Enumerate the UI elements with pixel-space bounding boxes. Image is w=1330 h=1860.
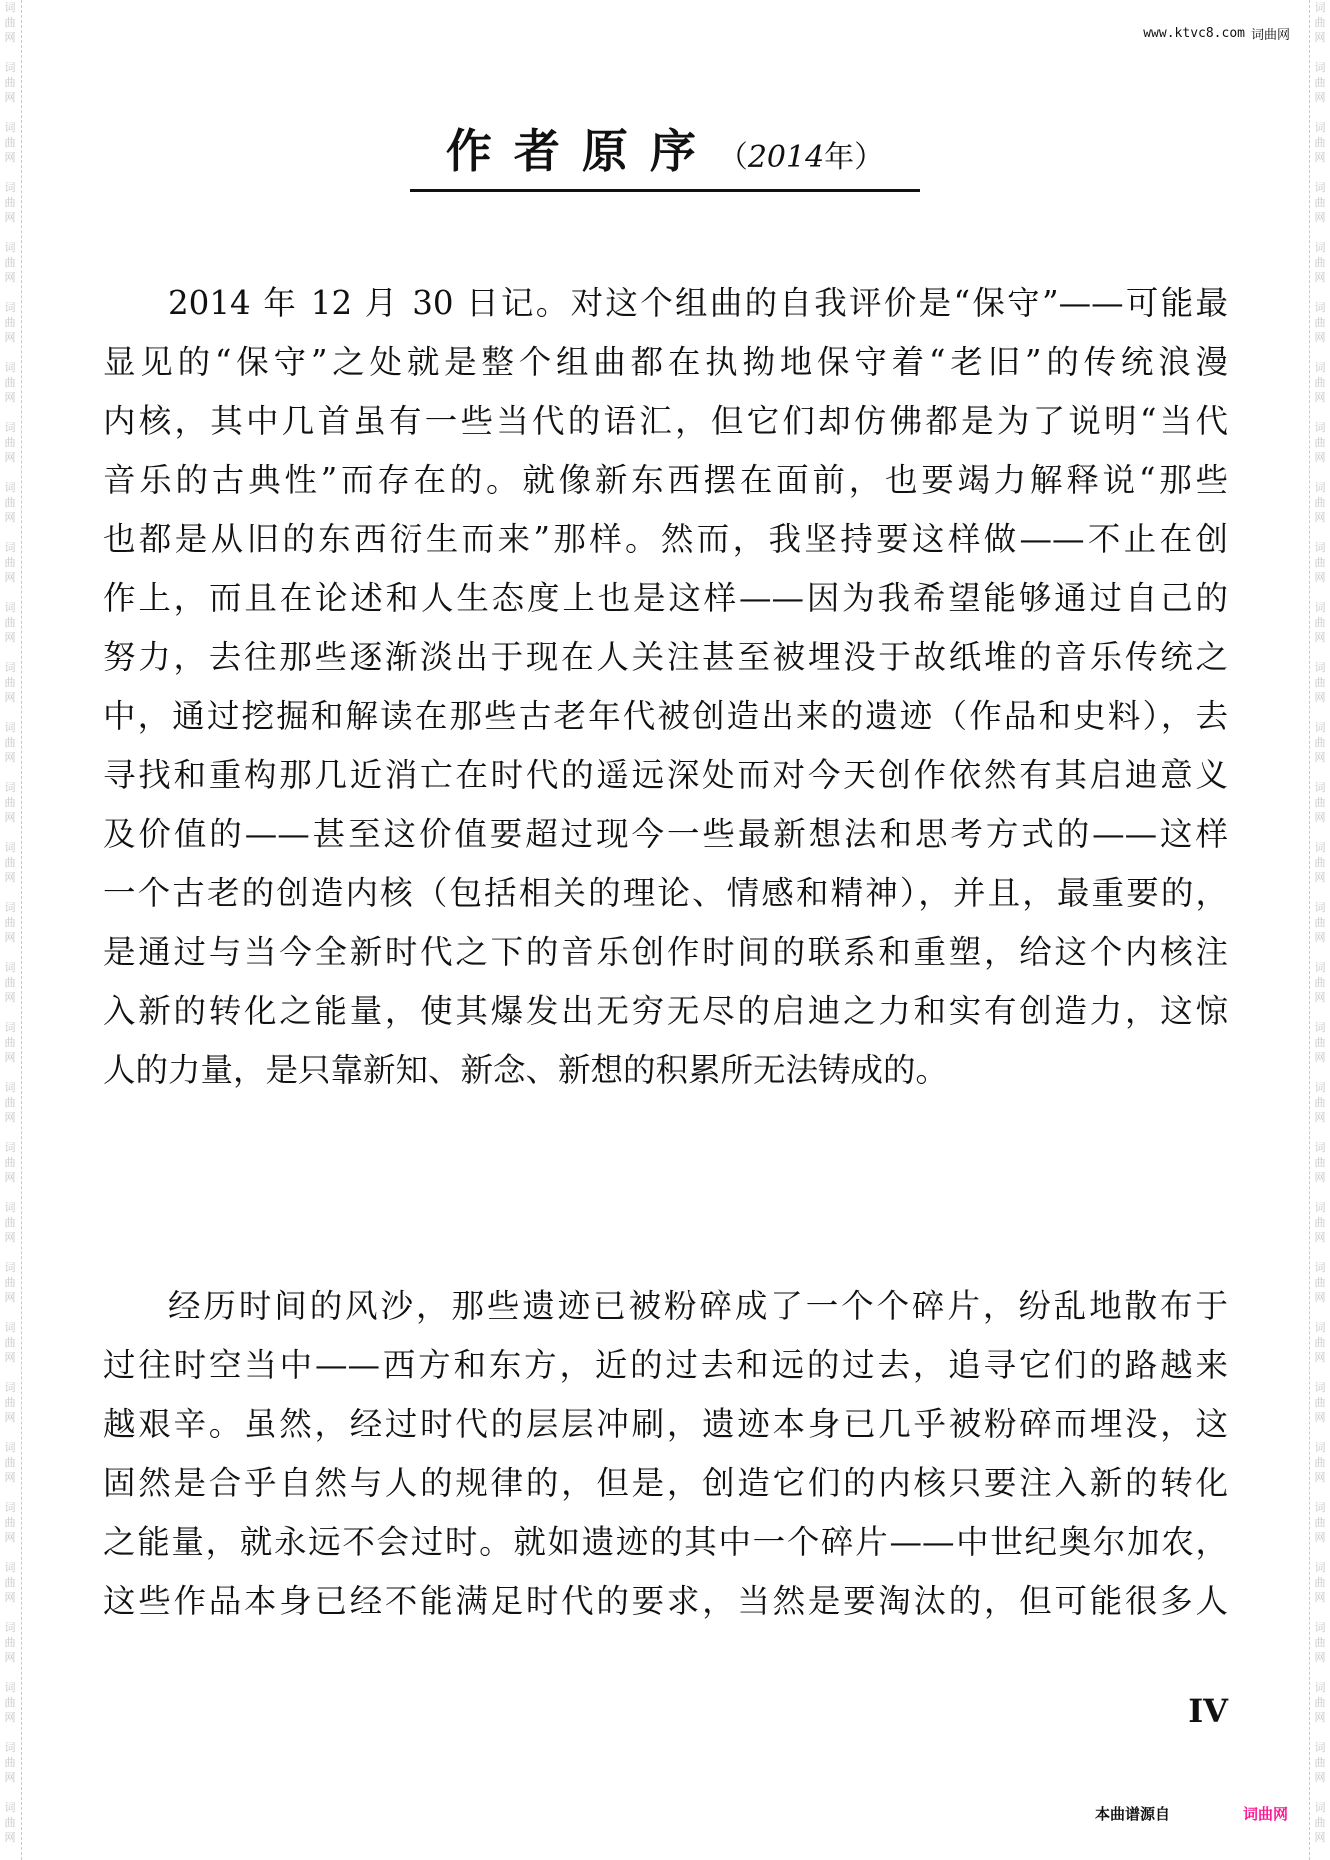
watermark-char: 网 — [1315, 90, 1326, 105]
watermark-group: 词曲网 — [1315, 420, 1326, 480]
watermark-char: 词 — [5, 960, 16, 975]
title-year-number: 2014 — [748, 140, 824, 175]
watermark-group: 词曲网 — [5, 540, 16, 600]
watermark-char: 词 — [1315, 840, 1326, 855]
watermark-group: 词曲网 — [1315, 0, 1326, 60]
watermark-group: 词曲网 — [1315, 720, 1326, 780]
watermark-char: 词 — [1315, 600, 1326, 615]
watermark-char: 词 — [1315, 1200, 1326, 1215]
watermark-char: 词 — [5, 1620, 16, 1635]
watermark-group: 词曲网 — [1315, 1260, 1326, 1320]
watermark-group: 词曲网 — [5, 180, 16, 240]
text-line: 是通过与当今全新时代之下的音乐创作时间的联系和重塑，给这个内核注 — [103, 923, 1228, 982]
watermark-char: 网 — [5, 750, 16, 765]
watermark-char: 网 — [1315, 150, 1326, 165]
watermark-group: 词曲网 — [1315, 840, 1326, 900]
watermark-char: 曲 — [1315, 1455, 1326, 1470]
watermark-char: 曲 — [5, 1035, 16, 1050]
watermark-group: 词曲网 — [1315, 660, 1326, 720]
watermark-char: 曲 — [5, 435, 16, 450]
watermark-char: 网 — [5, 930, 16, 945]
watermark-char: 词 — [5, 1500, 16, 1515]
watermark-group: 词曲网 — [5, 1320, 16, 1380]
paragraph-2: 经历时间的风沙，那些遗迹已被粉碎成了一个个碎片，纷乱地散布于过往时空当中——西方… — [103, 1277, 1228, 1631]
watermark-char: 网 — [5, 510, 16, 525]
watermark-char: 词 — [5, 1380, 16, 1395]
watermark-char: 网 — [5, 30, 16, 45]
watermark-char: 网 — [1315, 330, 1326, 345]
watermark-char: 词 — [1315, 720, 1326, 735]
watermark-group: 词曲网 — [1315, 1320, 1326, 1380]
text-line: 之能量，就永远不会过时。就如遗迹的其中一个碎片——中世纪奥尔加农， — [103, 1513, 1228, 1572]
watermark-char: 网 — [1315, 1350, 1326, 1365]
watermark-char: 网 — [5, 1170, 16, 1185]
watermark-group: 词曲网 — [5, 900, 16, 960]
watermark-char: 词 — [5, 60, 16, 75]
watermark-char: 网 — [5, 270, 16, 285]
watermark-group: 词曲网 — [5, 840, 16, 900]
title-year: （2014年） — [718, 129, 884, 187]
watermark-group: 词曲网 — [5, 240, 16, 300]
watermark-group: 词曲网 — [1315, 960, 1326, 1020]
watermark-char: 网 — [1315, 270, 1326, 285]
watermark-char: 曲 — [5, 1275, 16, 1290]
watermark-divider-right — [1309, 0, 1310, 1860]
watermark-char: 曲 — [1315, 1215, 1326, 1230]
watermark-char: 词 — [5, 540, 16, 555]
text-line: 入新的转化之能量，使其爆发出无穷无尽的启迪之力和实有创造力，这惊 — [103, 982, 1228, 1041]
watermark-char: 曲 — [5, 1095, 16, 1110]
watermark-char: 网 — [1315, 1110, 1326, 1125]
watermark-char: 网 — [1315, 30, 1326, 45]
watermark-char: 曲 — [1315, 615, 1326, 630]
watermark-char: 词 — [1315, 780, 1326, 795]
watermark-char: 词 — [1315, 360, 1326, 375]
watermark-group: 词曲网 — [1315, 120, 1326, 180]
watermark-char: 曲 — [1315, 1275, 1326, 1290]
watermark-char: 网 — [5, 90, 16, 105]
watermark-char: 词 — [5, 180, 16, 195]
watermark-char: 词 — [1315, 1800, 1326, 1815]
watermark-group: 词曲网 — [5, 420, 16, 480]
watermark-char: 网 — [5, 570, 16, 585]
watermark-char: 曲 — [5, 135, 16, 150]
watermark-char: 曲 — [5, 975, 16, 990]
watermark-group: 词曲网 — [5, 1440, 16, 1500]
watermark-char: 曲 — [1315, 855, 1326, 870]
watermark-group: 词曲网 — [1315, 1080, 1326, 1140]
watermark-char: 词 — [1315, 960, 1326, 975]
watermark-group: 词曲网 — [1315, 1380, 1326, 1440]
watermark-char: 曲 — [5, 675, 16, 690]
watermark-group: 词曲网 — [5, 1080, 16, 1140]
watermark-char: 曲 — [1315, 315, 1326, 330]
watermark-char: 词 — [5, 780, 16, 795]
watermark-char: 曲 — [1315, 555, 1326, 570]
text-line: 寻找和重构那几近消亡在时代的遥远深处而对今天创作依然有其启迪意义 — [103, 746, 1228, 805]
watermark-char: 网 — [5, 1470, 16, 1485]
title-year-open: （ — [718, 140, 748, 175]
watermark-char: 曲 — [5, 735, 16, 750]
watermark-char: 网 — [1315, 390, 1326, 405]
watermark-group: 词曲网 — [5, 1380, 16, 1440]
text-line: 一个古老的创造内核（包括相关的理论、情感和精神），并且，最重要的， — [103, 864, 1228, 923]
watermark-char: 词 — [1315, 1500, 1326, 1515]
watermark-group: 词曲网 — [5, 1740, 16, 1800]
watermark-char: 词 — [1315, 180, 1326, 195]
watermark-strip-right: 词曲网词曲网词曲网词曲网词曲网词曲网词曲网词曲网词曲网词曲网词曲网词曲网词曲网词… — [1310, 0, 1330, 1860]
watermark-char: 词 — [1315, 60, 1326, 75]
watermark-char: 曲 — [1315, 1515, 1326, 1530]
watermark-char: 网 — [1315, 1770, 1326, 1785]
text-line: 越艰辛。虽然，经过时代的层层冲刷，遗迹本身已几乎被粉碎而埋没，这 — [103, 1395, 1228, 1454]
watermark-group: 词曲网 — [1315, 180, 1326, 240]
watermark-char: 词 — [5, 240, 16, 255]
watermark-char: 网 — [5, 1110, 16, 1125]
site-header: www.ktvc8.com 词曲网 — [1143, 24, 1290, 43]
watermark-char: 网 — [5, 1410, 16, 1425]
watermark-group: 词曲网 — [1315, 1740, 1326, 1800]
watermark-char: 词 — [1315, 660, 1326, 675]
watermark-char: 曲 — [5, 1695, 16, 1710]
watermark-char: 词 — [5, 300, 16, 315]
watermark-char: 词 — [5, 600, 16, 615]
watermark-char: 曲 — [1315, 735, 1326, 750]
watermark-char: 词 — [1315, 1560, 1326, 1575]
watermark-group: 词曲网 — [5, 660, 16, 720]
watermark-char: 网 — [1315, 450, 1326, 465]
watermark-char: 网 — [1315, 1590, 1326, 1605]
watermark-group: 词曲网 — [1315, 1560, 1326, 1620]
watermark-char: 网 — [1315, 1710, 1326, 1725]
watermark-char: 网 — [1315, 930, 1326, 945]
watermark-char: 词 — [1315, 300, 1326, 315]
watermark-char: 网 — [1315, 1170, 1326, 1185]
watermark-char: 曲 — [5, 75, 16, 90]
text-line: 内核，其中几首虽有一些当代的语汇，但它们却仿佛都是为了说明“当代 — [103, 392, 1228, 451]
watermark-char: 曲 — [1315, 195, 1326, 210]
watermark-char: 网 — [5, 1530, 16, 1545]
watermark-char: 曲 — [5, 375, 16, 390]
watermark-char: 曲 — [1315, 75, 1326, 90]
watermark-char: 词 — [1315, 1080, 1326, 1095]
watermark-char: 曲 — [5, 795, 16, 810]
watermark-char: 网 — [1315, 1290, 1326, 1305]
watermark-char: 曲 — [5, 1515, 16, 1530]
watermark-char: 词 — [1315, 1740, 1326, 1755]
watermark-char: 曲 — [1315, 1335, 1326, 1350]
watermark-group: 词曲网 — [5, 1680, 16, 1740]
watermark-char: 词 — [5, 1080, 16, 1095]
watermark-group: 词曲网 — [5, 960, 16, 1020]
watermark-group: 词曲网 — [1315, 1200, 1326, 1260]
watermark-char: 词 — [1315, 900, 1326, 915]
watermark-group: 词曲网 — [5, 780, 16, 840]
watermark-char: 网 — [5, 990, 16, 1005]
watermark-group: 词曲网 — [5, 720, 16, 780]
watermark-char: 词 — [5, 1800, 16, 1815]
watermark-char: 网 — [1315, 750, 1326, 765]
watermark-char: 曲 — [5, 15, 16, 30]
watermark-char: 曲 — [1315, 1575, 1326, 1590]
watermark-char: 网 — [1315, 690, 1326, 705]
watermark-char: 词 — [5, 1320, 16, 1335]
text-line: 人的力量，是只靠新知、新念、新想的积累所无法铸成的。 — [103, 1041, 1228, 1100]
watermark-char: 词 — [1315, 540, 1326, 555]
watermark-group: 词曲网 — [5, 1140, 16, 1200]
watermark-char: 曲 — [1315, 15, 1326, 30]
watermark-strip-left: 词曲网词曲网词曲网词曲网词曲网词曲网词曲网词曲网词曲网词曲网词曲网词曲网词曲网词… — [0, 0, 20, 1860]
watermark-divider-left — [21, 0, 22, 1860]
watermark-group: 词曲网 — [1315, 1500, 1326, 1560]
watermark-char: 词 — [1315, 1320, 1326, 1335]
watermark-char: 网 — [1315, 570, 1326, 585]
watermark-char: 词 — [1315, 1440, 1326, 1455]
watermark-group: 词曲网 — [5, 480, 16, 540]
watermark-char: 词 — [1315, 1680, 1326, 1695]
watermark-char: 词 — [5, 1020, 16, 1035]
watermark-char: 曲 — [1315, 1815, 1326, 1830]
watermark-char: 网 — [5, 1290, 16, 1305]
text-line: 努力，去往那些逐渐淡出于现在人关注甚至被埋没于故纸堆的音乐传统之 — [103, 628, 1228, 687]
watermark-group: 词曲网 — [5, 1560, 16, 1620]
watermark-char: 网 — [5, 1770, 16, 1785]
watermark-char: 网 — [1315, 1530, 1326, 1545]
watermark-char: 网 — [5, 870, 16, 885]
watermark-char: 词 — [5, 420, 16, 435]
watermark-group: 词曲网 — [5, 600, 16, 660]
title-main: 作者原序 — [446, 122, 718, 180]
text-line: 也都是从旧的东西衍生而来”那样。然而，我坚持要这样做——不止在创 — [103, 510, 1228, 569]
watermark-char: 词 — [1315, 240, 1326, 255]
text-line: 2014 年 12 月 30 日记。对这个组曲的自我评价是“保守”——可能最 — [103, 274, 1228, 333]
watermark-char: 曲 — [1315, 435, 1326, 450]
watermark-char: 曲 — [5, 315, 16, 330]
watermark-char: 词 — [1315, 120, 1326, 135]
watermark-group: 词曲网 — [5, 1500, 16, 1560]
watermark-char: 词 — [5, 900, 16, 915]
watermark-char: 曲 — [5, 1335, 16, 1350]
site-name: 词曲网 — [1251, 24, 1290, 43]
watermark-char: 词 — [5, 1740, 16, 1755]
watermark-char: 网 — [1315, 1830, 1326, 1845]
watermark-group: 词曲网 — [1315, 1140, 1326, 1200]
paragraph-lines: 经历时间的风沙，那些遗迹已被粉碎成了一个个碎片，纷乱地散布于过往时空当中——西方… — [103, 1277, 1228, 1631]
watermark-char: 曲 — [1315, 1635, 1326, 1650]
watermark-char: 曲 — [1315, 1755, 1326, 1770]
watermark-char: 曲 — [1315, 1395, 1326, 1410]
watermark-group: 词曲网 — [5, 1620, 16, 1680]
watermark-char: 曲 — [1315, 1095, 1326, 1110]
watermark-group: 词曲网 — [1315, 1620, 1326, 1680]
watermark-group: 词曲网 — [1315, 1020, 1326, 1080]
watermark-char: 网 — [1315, 810, 1326, 825]
watermark-char: 网 — [1315, 630, 1326, 645]
watermark-char: 网 — [1315, 870, 1326, 885]
watermark-group: 词曲网 — [5, 360, 16, 420]
watermark-char: 网 — [1315, 1410, 1326, 1425]
watermark-char: 曲 — [5, 1635, 16, 1650]
watermark-group: 词曲网 — [1315, 360, 1326, 420]
watermark-group: 词曲网 — [5, 60, 16, 120]
text-line: 音乐的古典性”而存在的。就像新东西摆在面前，也要竭力解释说“那些 — [103, 451, 1228, 510]
watermark-char: 曲 — [5, 1815, 16, 1830]
watermark-group: 词曲网 — [5, 1260, 16, 1320]
watermark-char: 曲 — [1315, 675, 1326, 690]
watermark-char: 网 — [5, 1350, 16, 1365]
watermark-char: 词 — [5, 1440, 16, 1455]
watermark-group: 词曲网 — [5, 1800, 16, 1860]
text-line: 中，通过挖掘和解读在那些古老年代被创造出来的遗迹（作品和史料），去 — [103, 687, 1228, 746]
text-line: 过往时空当中——西方和东方，近的过去和远的过去，追寻它们的路越来 — [103, 1336, 1228, 1395]
watermark-char: 网 — [1315, 1050, 1326, 1065]
watermark-char: 曲 — [5, 855, 16, 870]
footer-source-label: 本曲谱源自 — [1095, 1803, 1170, 1824]
watermark-char: 网 — [5, 330, 16, 345]
watermark-char: 词 — [1315, 0, 1326, 15]
watermark-char: 曲 — [5, 1215, 16, 1230]
watermark-char: 网 — [1315, 990, 1326, 1005]
watermark-char: 曲 — [1315, 1035, 1326, 1050]
watermark-group: 词曲网 — [1315, 1680, 1326, 1740]
watermark-char: 词 — [5, 720, 16, 735]
text-line: 作上，而且在论述和人生态度上也是这样——因为我希望能够通过自己的 — [103, 569, 1228, 628]
watermark-char: 网 — [5, 450, 16, 465]
watermark-group: 词曲网 — [1315, 480, 1326, 540]
watermark-char: 曲 — [5, 495, 16, 510]
watermark-char: 网 — [5, 810, 16, 825]
text-line: 及价值的——甚至这价值要超过现今一些最新想法和思考方式的——这样 — [103, 805, 1228, 864]
watermark-group: 词曲网 — [1315, 1800, 1326, 1860]
watermark-char: 网 — [5, 150, 16, 165]
watermark-char: 曲 — [5, 1155, 16, 1170]
watermark-char: 曲 — [1315, 795, 1326, 810]
paragraph-lines: 2014 年 12 月 30 日记。对这个组曲的自我评价是“保守”——可能最显见… — [103, 274, 1228, 1100]
watermark-char: 词 — [5, 1260, 16, 1275]
watermark-char: 词 — [5, 0, 16, 15]
watermark-char: 网 — [5, 1230, 16, 1245]
watermark-group: 词曲网 — [1315, 540, 1326, 600]
watermark-char: 曲 — [5, 915, 16, 930]
watermark-char: 词 — [5, 480, 16, 495]
watermark-char: 曲 — [1315, 255, 1326, 270]
watermark-char: 曲 — [5, 1755, 16, 1770]
watermark-char: 曲 — [5, 1395, 16, 1410]
watermark-char: 词 — [5, 1680, 16, 1695]
watermark-char: 词 — [1315, 480, 1326, 495]
watermark-group: 词曲网 — [1315, 600, 1326, 660]
watermark-group: 词曲网 — [1315, 60, 1326, 120]
watermark-char: 曲 — [1315, 375, 1326, 390]
watermark-char: 网 — [1315, 510, 1326, 525]
watermark-char: 网 — [1315, 1470, 1326, 1485]
paragraph-1: 2014 年 12 月 30 日记。对这个组曲的自我评价是“保守”——可能最显见… — [103, 274, 1228, 1100]
watermark-group: 词曲网 — [5, 1020, 16, 1080]
watermark-char: 词 — [5, 360, 16, 375]
watermark-char: 网 — [5, 690, 16, 705]
watermark-char: 词 — [1315, 1140, 1326, 1155]
watermark-char: 词 — [5, 660, 16, 675]
watermark-char: 网 — [1315, 210, 1326, 225]
watermark-char: 网 — [1315, 1650, 1326, 1665]
watermark-char: 词 — [5, 840, 16, 855]
watermark-group: 词曲网 — [5, 0, 16, 60]
watermark-group: 词曲网 — [5, 1200, 16, 1260]
watermark-char: 网 — [5, 1050, 16, 1065]
watermark-char: 网 — [5, 1650, 16, 1665]
text-line: 这些作品本身已经不能满足时代的要求，当然是要淘汰的，但可能很多人 — [103, 1572, 1228, 1631]
title-year-suffix: 年） — [824, 140, 884, 175]
watermark-char: 词 — [5, 120, 16, 135]
text-line: 固然是合乎自然与人的规律的，但是，创造它们的内核只要注入新的转化 — [103, 1454, 1228, 1513]
watermark-char: 词 — [1315, 1380, 1326, 1395]
watermark-char: 网 — [5, 630, 16, 645]
watermark-char: 词 — [1315, 1020, 1326, 1035]
watermark-char: 词 — [1315, 420, 1326, 435]
page-number: IV — [1188, 1692, 1228, 1730]
watermark-group: 词曲网 — [1315, 1440, 1326, 1500]
watermark-char: 网 — [1315, 1230, 1326, 1245]
watermark-char: 曲 — [1315, 495, 1326, 510]
footer-brand-link[interactable]: 词曲网 — [1243, 1803, 1288, 1824]
watermark-char: 网 — [5, 1830, 16, 1845]
watermark-char: 曲 — [5, 555, 16, 570]
watermark-char: 曲 — [5, 1455, 16, 1470]
watermark-char: 词 — [5, 1200, 16, 1215]
watermark-char: 网 — [5, 210, 16, 225]
watermark-char: 曲 — [1315, 1695, 1326, 1710]
watermark-char: 曲 — [1315, 135, 1326, 150]
watermark-char: 词 — [1315, 1620, 1326, 1635]
page-title: 作者原序 （2014年） — [410, 122, 920, 192]
watermark-char: 词 — [5, 1560, 16, 1575]
watermark-char: 曲 — [5, 615, 16, 630]
watermark-char: 曲 — [5, 255, 16, 270]
watermark-char: 曲 — [5, 1575, 16, 1590]
text-line: 显见的“保守”之处就是整个组曲都在执拗地保守着“老旧”的传统浪漫 — [103, 333, 1228, 392]
watermark-char: 曲 — [1315, 915, 1326, 930]
watermark-group: 词曲网 — [1315, 240, 1326, 300]
watermark-char: 词 — [5, 1140, 16, 1155]
watermark-char: 曲 — [1315, 975, 1326, 990]
watermark-group: 词曲网 — [1315, 780, 1326, 840]
watermark-group: 词曲网 — [5, 120, 16, 180]
text-line: 经历时间的风沙，那些遗迹已被粉碎成了一个个碎片，纷乱地散布于 — [103, 1277, 1228, 1336]
watermark-char: 网 — [5, 1710, 16, 1725]
watermark-group: 词曲网 — [1315, 900, 1326, 960]
watermark-group: 词曲网 — [1315, 300, 1326, 360]
watermark-char: 词 — [1315, 1260, 1326, 1275]
watermark-char: 网 — [5, 390, 16, 405]
watermark-char: 曲 — [1315, 1155, 1326, 1170]
watermark-group: 词曲网 — [5, 300, 16, 360]
watermark-char: 网 — [5, 1590, 16, 1605]
watermark-char: 曲 — [5, 195, 16, 210]
site-url[interactable]: www.ktvc8.com — [1143, 26, 1245, 41]
